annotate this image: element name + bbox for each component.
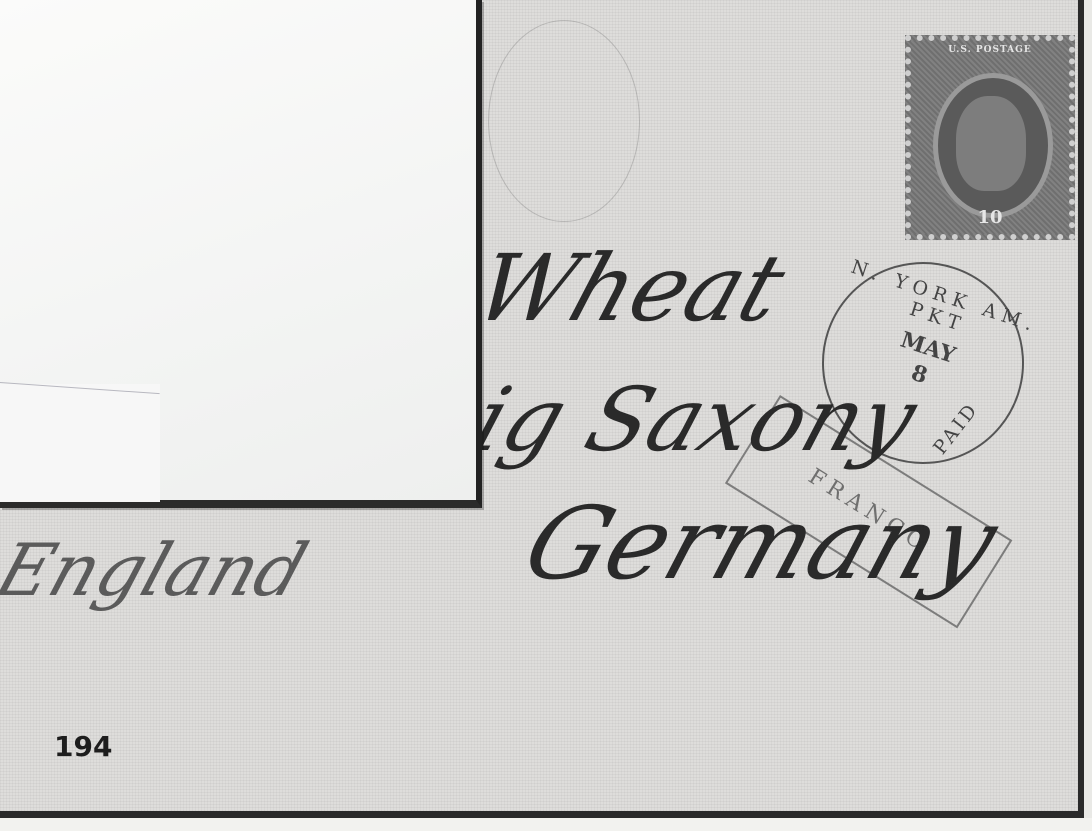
address-line-2: ig Saxony	[461, 368, 929, 471]
overlay-paper-sheet	[0, 0, 482, 508]
stamp-top-label: U.S. POSTAGE	[911, 45, 1069, 55]
postmark-paid: PAID	[929, 398, 983, 458]
stamp-denomination: 10	[911, 207, 1069, 228]
page-bottom-margin	[0, 818, 1092, 831]
stamp-portrait-icon	[956, 96, 1026, 191]
address-fragment-left: England	[0, 528, 317, 612]
address-line-3: Germany	[511, 485, 1011, 602]
postage-stamp: U.S. POSTAGE 10	[905, 35, 1075, 240]
page-number: 194	[54, 730, 112, 763]
faint-backstamp	[488, 20, 640, 222]
address-line-1: Wheat	[463, 235, 798, 342]
sheet-fold-region	[0, 384, 160, 502]
